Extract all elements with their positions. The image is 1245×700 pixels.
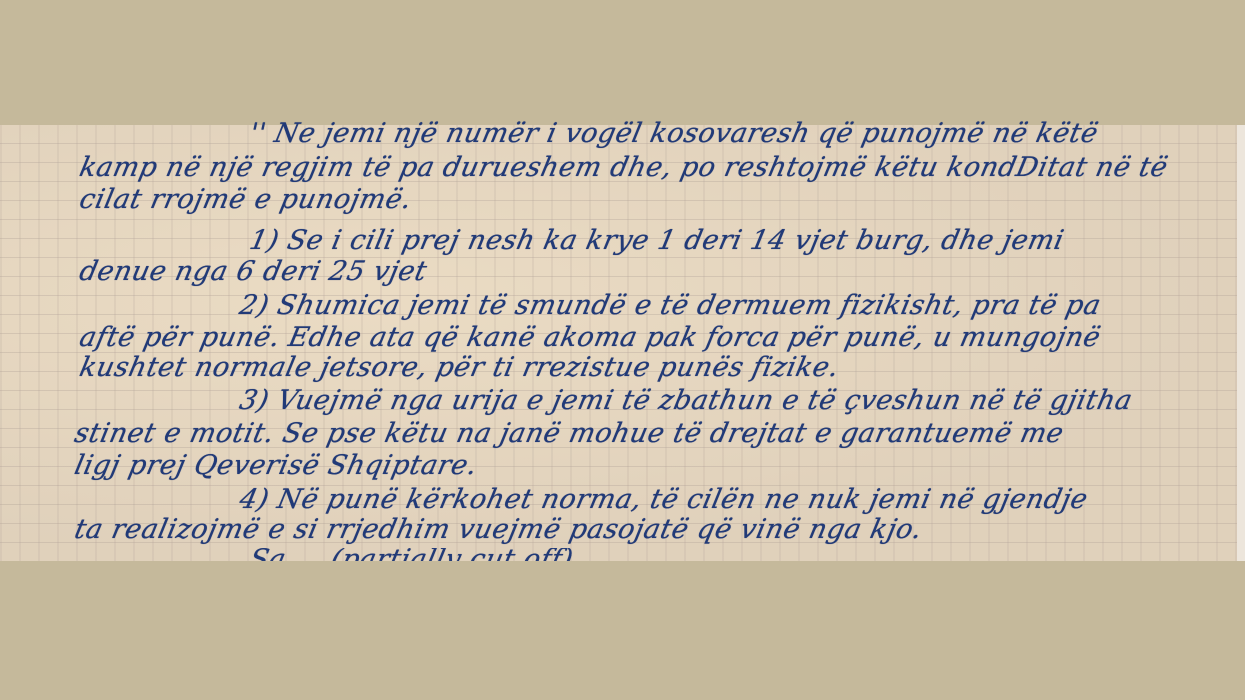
text-line-3: cilat rrojmë e punojmë. [77,184,415,215]
text-line-12: 4) Në punë kërkohet norma, të cilën ne n… [237,484,1091,515]
cut-off-line-container: Sa ... (partially cut off) [0,548,1237,561]
text-line-11: ligj prej Qeverisë Shqiptare. [72,450,481,481]
text-line-10: stinet e motit. Se pse këtu na janë mohu… [72,418,1067,449]
text-line-5: denue nga 6 deri 25 vjet [77,256,430,287]
text-line-7: aftë për punë. Edhe ata që kanë akoma pa… [77,322,1104,353]
text-line-1: '' Ne jemi një numër i vogël kosovaresh … [247,118,1101,149]
text-line-6: 2) Shumica jemi të smundë e të dermuem f… [237,290,1104,321]
paper-edge [1237,125,1245,561]
text-line-4: 1) Se i cili prej nesh ka krye 1 deri 14… [247,225,1067,256]
text-line-9: 3) Vuejmë nga urija e jemi të zbathun e … [237,385,1136,416]
text-line-8: kushtet normale jetsore, për ti rrezistu… [77,352,842,383]
text-line-13: ta realizojmë e si rrjedhim vuejmë pasoj… [72,514,925,545]
text-line-14-cut: Sa ... (partially cut off) [247,548,576,561]
text-line-2: kamp në një regjim të pa durueshem dhe, … [77,152,1171,183]
